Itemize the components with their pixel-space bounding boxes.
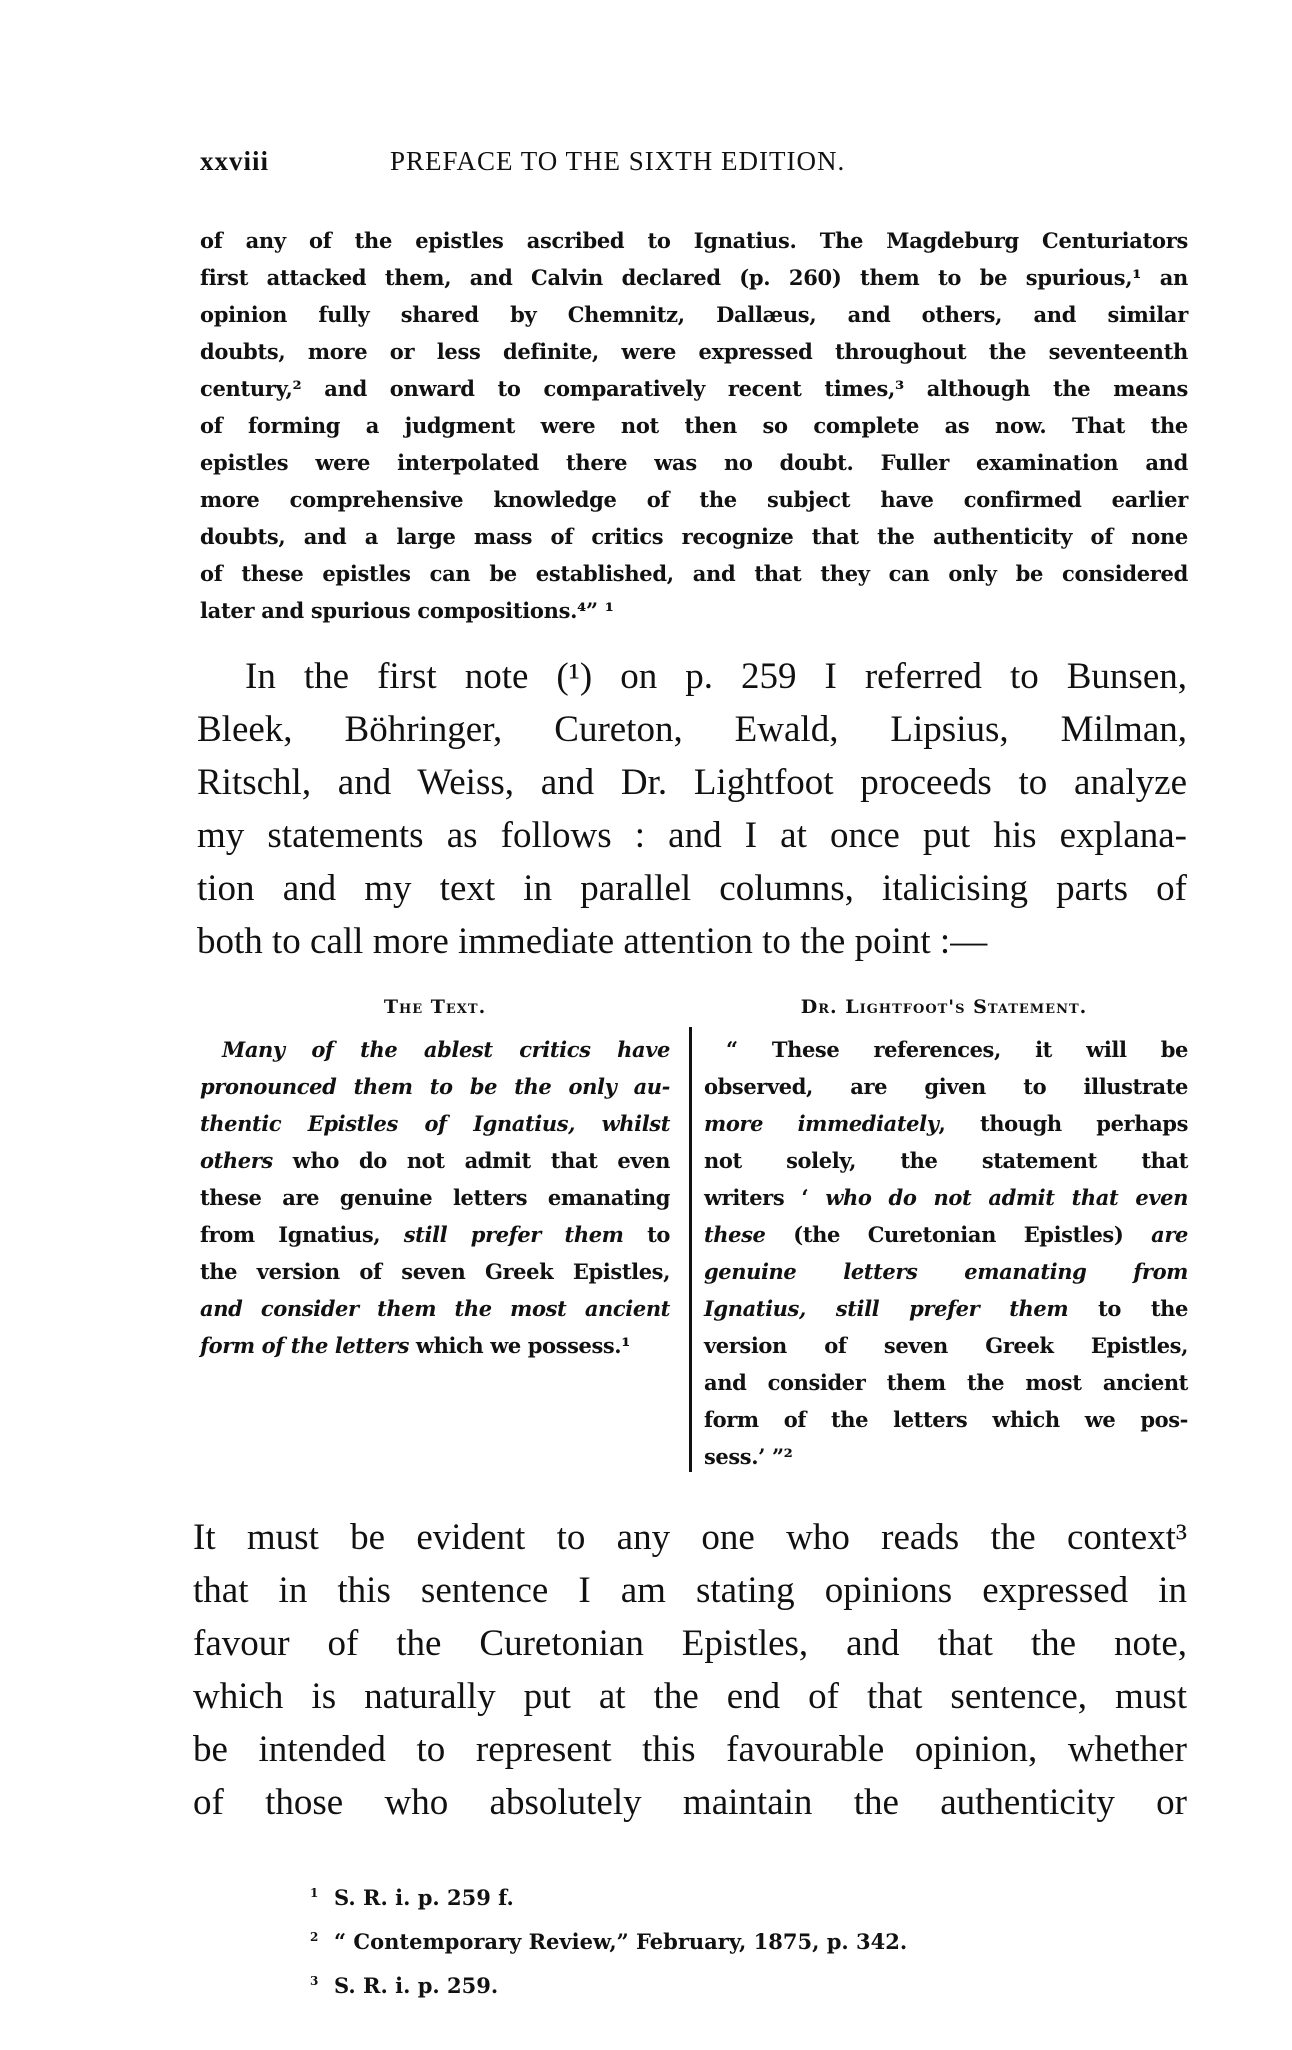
footnote-text: S. R. i. p. 259 f. [334, 1885, 514, 1910]
roman-run: form of the letters which we pos- [704, 1407, 1188, 1432]
column-line: observed, are given to illustrate [704, 1068, 1188, 1105]
roman-run: not solely, the statement that [704, 1148, 1188, 1173]
text-line: epistles were interpolated there was no … [200, 444, 1188, 481]
column-line: genuine letters emanating from [704, 1253, 1188, 1290]
text-line: favour of the Curetonian Epistles, and t… [193, 1618, 1187, 1671]
text-line: that in this sentence I am stating opini… [193, 1565, 1187, 1618]
right-column-heading: Dr. Lightfoot's Statement. [700, 996, 1188, 1018]
footnote: 2“ Contemporary Review,” February, 1875,… [310, 1915, 1010, 1959]
text-line: century,² and onward to comparatively re… [200, 370, 1188, 407]
footnote-marker: 2 [310, 1915, 334, 1959]
text-line: of these epistles can be established, an… [200, 555, 1188, 592]
left-column-text: Many of the ablest critics havepronounce… [200, 1031, 670, 1364]
page-number: xxviii [200, 146, 269, 177]
roman-run: “ These references, it will be [726, 1037, 1188, 1062]
text-line: which is naturally put at the end of tha… [193, 1671, 1187, 1724]
column-line: Many of the ablest critics have [200, 1031, 670, 1068]
roman-run: which we possess.¹ [409, 1333, 630, 1358]
column-line: not solely, the statement that [704, 1142, 1188, 1179]
italic-run: more immediately [704, 1111, 939, 1136]
column-line: others who do not admit that even [200, 1142, 670, 1179]
column-line: and consider them the most ancient [200, 1290, 670, 1327]
column-line: version of seven Greek Epistles, [704, 1327, 1188, 1364]
running-head: xxviii PREFACE TO THE SIXTH EDITION. [200, 146, 1190, 186]
text-line: Bleek, Böhringer, Cureton, Ewald, Lipsiu… [197, 703, 1187, 756]
italic-run: are [1151, 1222, 1188, 1247]
text-line: It must be evident to any one who reads … [193, 1512, 1187, 1565]
text-line: later and spurious compositions.⁴” ¹ [200, 592, 1188, 629]
text-line: Ritschl, and Weiss, and Dr. Lightfoot pr… [197, 756, 1187, 809]
roman-run: to [623, 1222, 670, 1247]
footnote-text: S. R. i. p. 259. [334, 1973, 498, 1998]
italic-run: genuine letters emanating from [704, 1259, 1188, 1284]
italic-run: Many of the ablest critics have [222, 1037, 670, 1062]
running-title: PREFACE TO THE SIXTH EDITION. [390, 146, 845, 177]
column-line: these (the Curetonian Epistles) are [704, 1216, 1188, 1253]
column-line: these are genuine letters emanating [200, 1179, 670, 1216]
footnote-marker: 1 [310, 1871, 334, 1915]
footnote: 1S. R. i. p. 259 f. [310, 1871, 1010, 1915]
text-line: be intended to represent this favourable… [193, 1724, 1187, 1777]
text-line: first attacked them, and Calvin declared… [200, 259, 1188, 296]
roman-run: to the [1068, 1296, 1188, 1321]
column-line: form of the letters which we possess.¹ [200, 1327, 670, 1364]
roman-run: version of seven Greek Epistles, [704, 1333, 1188, 1358]
column-line: Ignatius, still prefer them to the [704, 1290, 1188, 1327]
column-line: writers ‘ who do not admit that even [704, 1179, 1188, 1216]
footnote-marker: 3 [310, 1959, 334, 2003]
quoted-passage: of any of the epistles ascribed to Ignat… [200, 222, 1188, 629]
text-line: more comprehensive knowledge of the subj… [200, 481, 1188, 518]
roman-run: observed, are given to illustrate [704, 1074, 1188, 1099]
roman-run: , though perhaps [939, 1111, 1189, 1136]
roman-run: from Ignatius, [200, 1222, 404, 1247]
italic-run: and consider them the most ancient [200, 1296, 670, 1321]
text-line: of any of the epistles ascribed to Ignat… [200, 222, 1188, 259]
text-line: of those who absolutely maintain the aut… [193, 1777, 1187, 1830]
italic-run: who do not admit that even [825, 1185, 1188, 1210]
italic-run: these [704, 1222, 766, 1247]
footnotes: 1S. R. i. p. 259 f. 2“ Contemporary Revi… [310, 1871, 1010, 2003]
text-line: tion and my text in parallel columns, it… [197, 862, 1187, 915]
footnote: 3S. R. i. p. 259. [310, 1959, 1010, 2003]
italic-run: thentic Epistles of Ignatius, whilst [200, 1111, 670, 1136]
text-line: of forming a judgment were not then so c… [200, 407, 1188, 444]
column-line: sess.’ ”² [704, 1438, 1188, 1475]
italic-run: still prefer them [404, 1222, 624, 1247]
right-column-text: “ These references, it will beobserved, … [704, 1031, 1188, 1475]
footnote-text: “ Contemporary Review,” February, 1875, … [334, 1929, 907, 1954]
column-line: from Ignatius, still prefer them to [200, 1216, 670, 1253]
main-paragraph: In the first note (¹) on p. 259 I referr… [197, 650, 1187, 968]
column-line: the version of seven Greek Epistles, [200, 1253, 670, 1290]
lower-paragraph: It must be evident to any one who reads … [193, 1512, 1187, 1830]
column-line: “ These references, it will be [704, 1031, 1188, 1068]
column-line: and consider them the most ancient [704, 1364, 1188, 1401]
roman-run: and consider them the most ancient [704, 1370, 1188, 1395]
column-line: form of the letters which we pos- [704, 1401, 1188, 1438]
column-divider [689, 1027, 692, 1472]
roman-run: sess.’ ”² [704, 1444, 792, 1469]
text-line: opinion fully shared by Chemnitz, Dallæu… [200, 296, 1188, 333]
italic-run: form of the letters [200, 1333, 409, 1358]
text-line: doubts, and a large mass of critics reco… [200, 518, 1188, 555]
column-line: pronounced them to be the only au- [200, 1068, 670, 1105]
roman-run: who do not admit that even [273, 1148, 670, 1173]
italic-run: Ignatius, still prefer them [704, 1296, 1068, 1321]
text-line: my statements as follows : and I at once… [197, 809, 1187, 862]
italic-run: pronounced them to be the only au- [200, 1074, 670, 1099]
roman-run: (the Curetonian Epistles) [766, 1222, 1152, 1247]
text-line: In the first note (¹) on p. 259 I referr… [197, 650, 1187, 703]
italic-run: others [200, 1148, 273, 1173]
column-line: more immediately, though perhaps [704, 1105, 1188, 1142]
left-column-heading: The Text. [200, 996, 670, 1018]
roman-run: the version of seven Greek Epistles, [200, 1259, 670, 1284]
roman-run: these are genuine letters emanating [200, 1185, 670, 1210]
column-line: thentic Epistles of Ignatius, whilst [200, 1105, 670, 1142]
text-line: doubts, more or less definite, were expr… [200, 333, 1188, 370]
roman-run: writers ‘ [704, 1185, 825, 1210]
text-line: both to call more immediate attention to… [197, 915, 1187, 968]
